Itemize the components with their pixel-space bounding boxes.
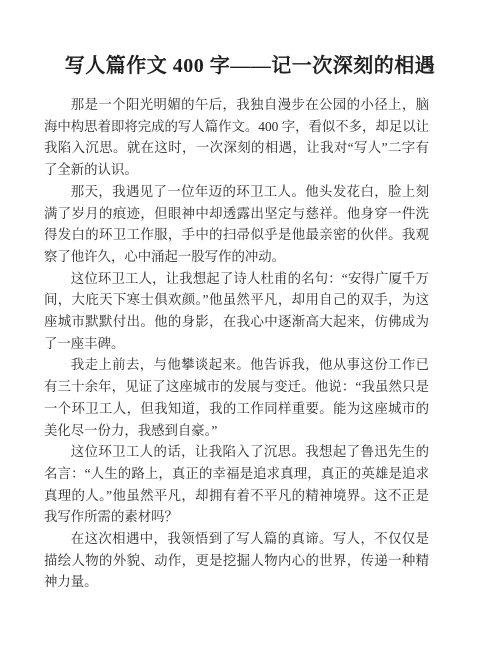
essay-paragraph-3: 这位环卫工人，让我想起了诗人杜甫的名句：“安得广厦千万间，大庇天下寒士俱欢颜。”… [44,268,429,355]
essay-paragraph-4: 我走上前去，与他攀谈起来。他告诉我，他从事这份工作已有三十余年，见证了这座城市的… [44,354,429,441]
essay-body: 那是一个阳光明媚的午后，我独自漫步在公园的小径上，脑海中构思着即将完成的写人篇作… [0,94,500,593]
essay-title: 写人篇作文 400 字——记一次深刻的相遇 [0,52,500,80]
essay-paragraph-1: 那是一个阳光明媚的午后，我独自漫步在公园的小径上，脑海中构思着即将完成的写人篇作… [44,94,429,181]
essay-paragraph-6: 在这次相遇中，我领悟到了写人篇的真谛。写人，不仅仅是描绘人物的外貌、动作，更是挖… [44,528,429,593]
document-page: 写人篇作文 400 字——记一次深刻的相遇 那是一个阳光明媚的午后，我独自漫步在… [0,0,500,647]
essay-paragraph-5: 这位环卫工人的话，让我陷入了沉思。我想起了鲁迅先生的名言：“人生的路上，真正的幸… [44,441,429,528]
essay-paragraph-2: 那天，我遇见了一位年迈的环卫工人。他头发花白，脸上刻满了岁月的痕迹，但眼神中却透… [44,181,429,268]
